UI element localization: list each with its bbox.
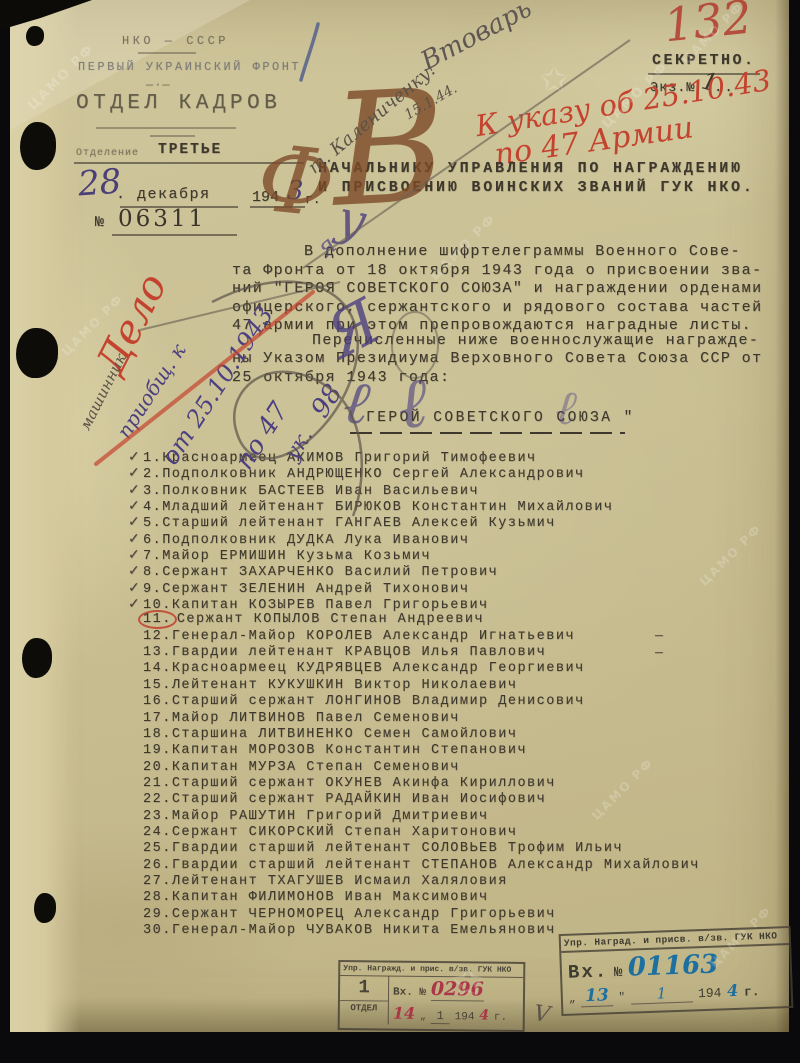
list-item-text: Гвардии старший лейтенант СТЕПАНОВ Алекс… [172, 858, 700, 873]
list-item: 12.Генерал-Майор КОРОЛЕВ Александр Игнат… [128, 629, 700, 645]
list-item-text: Младший лейтенант БИРЮКОВ Константин Мих… [162, 500, 613, 515]
list-item-number: 22. [143, 792, 172, 807]
incoming-stamp-right: Упр. Наград. и присв. в/зв. ГУК НКО Вх. … [559, 926, 794, 1016]
stamp-in-no: № [614, 965, 623, 981]
stamp-date-year-digit: 4 [479, 1008, 489, 1024]
list-item-number: 18. [143, 727, 172, 742]
checkmark: ✓ [128, 563, 143, 579]
list-item-text: Капитан МУРЗА Степан Семенович [172, 760, 460, 775]
list-item-number: 30. [143, 923, 172, 938]
list-item-number: 20. [143, 760, 172, 775]
underline [150, 135, 195, 137]
list-item-text: Капитан МОРОЗОВ Константин Степанович [172, 743, 527, 758]
list-item: ✓10.Капитан КОЗЫРЕВ Павел Григорьевич [128, 596, 700, 612]
list-item: 18.Старшина ЛИТВИНЕНКО Семен Самойлович [128, 727, 700, 743]
document-scan: НКО — СССР ПЕРВЫЙ УКРАИНСКИЙ ФРОНТ —·— О… [0, 0, 800, 1063]
stamp-date-suffix: г. [744, 984, 760, 1000]
paragraph1-line: ний "ГЕРОЯ СОВЕТСКОГО СОЮЗА" и награжден… [232, 280, 762, 299]
underline [112, 234, 237, 236]
list-item-text: Капитан ФИЛИМОНОВ Иван Максимович [172, 890, 489, 905]
list-item-text: Старшина ЛИТВИНЕНКО Семен Самойлович [172, 727, 518, 742]
list-item-number: 17. [143, 711, 172, 726]
list-item-text: Старший сержант ЛОНГИНОВ Владимир Денисо… [172, 694, 585, 709]
list-item-number: 5. [143, 516, 162, 531]
margin-dash: — [655, 628, 663, 643]
list-item-text: Сержант КОПЫЛОВ Степан Андреевич [177, 612, 484, 627]
list-item-number: 26. [143, 858, 172, 873]
letterhead-ornament: —·— [146, 78, 171, 92]
paragraph2-line: ны Указом Президиума Верховного Совета С… [232, 350, 762, 369]
list-item: 15.Лейтенант КУКУШКИН Виктор Николаевич [128, 678, 700, 694]
number-label: № [95, 214, 104, 231]
section-value: ТРЕТЬЕ [158, 142, 222, 158]
binder-hole [22, 638, 52, 678]
list-item-number: 9. [143, 582, 162, 597]
list-item-number: 12. [143, 629, 172, 644]
ink-blot [26, 26, 44, 46]
list-item-number: 6. [143, 533, 162, 548]
checkmark: ✓ [128, 514, 143, 530]
list-item: ✓4.Младший лейтенант БИРЮКОВ Константин … [128, 498, 700, 514]
list-item-text: Майор РАШУТИН Григорий Дмитриевич [172, 809, 489, 824]
list-item: 13.Гвардии лейтенант КРАВЦОВ Илья Павлов… [128, 645, 700, 661]
list-item-number: 13. [143, 645, 172, 660]
list-item: 17.Майор ЛИТВИНОВ Павел Семенович [128, 711, 700, 727]
checkmark: ✓ [128, 498, 143, 514]
stamp-date-day: 13 [581, 985, 613, 1007]
list-item-number: 28. [143, 890, 172, 905]
list-item-text: Сержант ЗАХАРЧЕНКО Василий Петрович [162, 565, 498, 580]
stamp-date-suffix: г. [494, 1012, 507, 1024]
checkmark: ✓ [128, 596, 143, 612]
list-item-number: 27. [143, 874, 172, 889]
section-label: Отделение [76, 148, 139, 159]
underline [96, 127, 236, 129]
list-item-text: Майор ЕРМИШИН Кузьма Козьмич [162, 549, 431, 564]
stamp-in-number: 01163 [627, 950, 718, 983]
list-item: 14.Красноармеец КУДРЯВЦЕВ Александр Геор… [128, 661, 700, 677]
list-item-text: Полковник БАСТЕЕВ Иван Васильевич [162, 484, 479, 499]
list-item: 19.Капитан МОРОЗОВ Константин Степанович [128, 743, 700, 759]
checkmark: ✓ [128, 449, 143, 465]
stamp-date-quote: " [618, 992, 625, 1004]
stamp-dept-number: 1 [340, 976, 388, 999]
list-item-text: Старший сержант ОКУНЕВ Акинфа Кириллович [172, 776, 556, 791]
stamp-date-month: 1 [630, 983, 692, 1004]
checkmark: ✓ [128, 580, 143, 596]
list-item: 16.Старший сержант ЛОНГИНОВ Владимир Ден… [128, 694, 700, 710]
list-item: ✓7.Майор ЕРМИШИН Кузьма Козьмич [128, 547, 700, 563]
list-item: ✓9.Сержант ЗЕЛЕНИН Андрей Тихонович [128, 580, 700, 596]
bottom-checkmark: V [532, 1001, 551, 1028]
stamp-date-month: 1 [431, 1009, 450, 1024]
list-item-number: 4. [143, 500, 162, 515]
heading-underline [350, 432, 625, 434]
stamp-date-quote: „ [569, 994, 576, 1006]
list-item-number: 8. [143, 565, 162, 580]
list-item-number: 25. [143, 841, 172, 856]
list-item: ✓6.Подполковник ДУДКА Лука Иванович [128, 531, 700, 547]
stamp-dept-label: ОТДЕЛ [340, 1000, 388, 1014]
list-item: ✓5.Старший лейтенант ГАНГАЕВ Алексей Куз… [128, 514, 700, 530]
list-item-number: 16. [143, 694, 172, 709]
underline [138, 52, 196, 54]
list-item-text: Генерал-Майор КОРОЛЕВ Александр Игнатьев… [172, 629, 575, 644]
list-item-text: Сержант СИКОРСКИЙ Степан Харитонович [172, 825, 518, 840]
list-item-text: Лейтенант КУКУШКИН Виктор Николаевич [172, 678, 518, 693]
list-item-text: Сержант ЗЕЛЕНИН Андрей Тихонович [162, 582, 469, 597]
list-item: 20.Капитан МУРЗА Степан Семенович [128, 760, 700, 776]
award-list: ✓1.Красноармеец АКИМОВ Григорий Тимофеев… [128, 449, 700, 939]
binder-hole [34, 893, 56, 923]
list-item: ✓8.Сержант ЗАХАРЧЕНКО Василий Петрович [128, 563, 700, 579]
list-item-text: Старший лейтенант ГАНГАЕВ Алексей Кузьми… [162, 516, 556, 531]
star-watermark-icon: ✩ [540, 60, 569, 100]
list-item-number: 3. [143, 484, 162, 499]
list-item: 11.Сержант КОПЫЛОВ Степан Андреевич [128, 612, 700, 628]
list-item: 28.Капитан ФИЛИМОНОВ Иван Максимович [128, 890, 700, 906]
checkmark: ✓ [128, 465, 143, 481]
list-item-number: 29. [143, 907, 172, 922]
list-item-text: Подполковник ДУДКА Лука Иванович [162, 533, 469, 548]
star-watermark-icon: ✩ [452, 960, 484, 1004]
paragraph1-line: офицерского, сержантского и рядового сос… [232, 299, 762, 318]
list-item: 25.Гвардии старший лейтенант СОЛОВЬЕВ Тр… [128, 841, 700, 857]
margin-dash: — [655, 645, 663, 660]
paragraph1-line: В дополнение шифртелеграммы Военного Сов… [304, 243, 741, 262]
list-item-text: Красноармеец КУДРЯВЦЕВ Александр Георгие… [172, 661, 585, 676]
letterhead-org1: НКО — СССР [122, 34, 229, 48]
list-item-number: 21. [143, 776, 172, 791]
list-item-text: Гвардии старший лейтенант СОЛОВЬЕВ Трофи… [172, 841, 623, 856]
list-item-number: 24. [143, 825, 172, 840]
list-item-text: Сержант ЧЕРНОМОРЕЦ Александр Григорьевич [172, 907, 556, 922]
list-item-text: Капитан КОЗЫРЕВ Павел Григорьевич [172, 598, 489, 613]
list-item-number: 23. [143, 809, 172, 824]
incoming-stamp-left: Упр. Награжд. и прис. в/зв. ГУК НКО 1 ОТ… [338, 960, 526, 1032]
list-item-text: Красноармеец АКИМОВ Григорий Тимофеевич [162, 451, 536, 466]
list-item: 29.Сержант ЧЕРНОМОРЕЦ Александр Григорье… [128, 907, 700, 923]
letterhead-department: ОТДЕЛ КАДРОВ [76, 92, 281, 115]
list-item-text: Майор ЛИТВИНОВ Павел Семенович [172, 711, 460, 726]
date-month: . декабря [116, 186, 211, 203]
binder-hole [16, 328, 58, 378]
list-item-text: Подполковник АНДРЮЩЕНКО Сергей Александр… [162, 467, 584, 482]
list-item: ✓2.Подполковник АНДРЮЩЕНКО Сергей Алекса… [128, 465, 700, 481]
stamp-date-day: 14 [393, 1004, 415, 1023]
list-item-text: Гвардии лейтенант КРАВЦОВ Илья Павлович [172, 645, 546, 660]
list-item-number: 11. [138, 610, 177, 629]
stamp-in-label: Вх. [568, 960, 609, 983]
list-item: ✓1.Красноармеец АКИМОВ Григорий Тимофеев… [128, 449, 700, 465]
stamp-in-label: Вх. № [393, 987, 426, 999]
list-item: 27.Лейтенант ТХАГУШЕВ Исмаил Халяловия [128, 874, 700, 890]
list-item-text: Генерал-Майор ЧУВАКОВ Никита Емельянович [172, 923, 556, 938]
ink-loop: ℓ [395, 361, 430, 446]
paragraph1-line: та Фронта от 18 октября 1943 года о прис… [232, 262, 762, 281]
list-item-number: 15. [143, 678, 172, 693]
binder-hole [20, 122, 56, 170]
list-item-text: Старший сержант РАДАЙКИН Иван Иосифович [172, 792, 546, 807]
checkmark: ✓ [128, 547, 143, 563]
checkmark: ✓ [128, 482, 143, 498]
list-item: 24.Сержант СИКОРСКИЙ Степан Харитонович [128, 825, 700, 841]
list-item-number: 2. [143, 467, 162, 482]
list-item-number: 14. [143, 661, 172, 676]
list-item-number: 7. [143, 549, 162, 564]
list-item: ✓3.Полковник БАСТЕЕВ Иван Васильевич [128, 482, 700, 498]
handwritten-number: 06311 [118, 206, 206, 232]
stamp-date-year: 194 [455, 1011, 475, 1023]
list-item-number: 19. [143, 743, 172, 758]
letterhead-org2: ПЕРВЫЙ УКРАИНСКИЙ ФРОНТ [78, 60, 301, 74]
list-item-text: Лейтенант ТХАГУШЕВ Исмаил Халяловия [172, 874, 508, 889]
list-item: 26.Гвардии старший лейтенант СТЕПАНОВ Ал… [128, 858, 700, 874]
stamp-date-quote: „ [420, 1012, 426, 1023]
stamp-date-year: 194 [698, 985, 722, 1001]
checkmark: ✓ [128, 531, 143, 547]
stamp-date-year-digit: 4 [727, 981, 739, 1000]
list-item: 23.Майор РАШУТИН Григорий Дмитриевич [128, 809, 700, 825]
